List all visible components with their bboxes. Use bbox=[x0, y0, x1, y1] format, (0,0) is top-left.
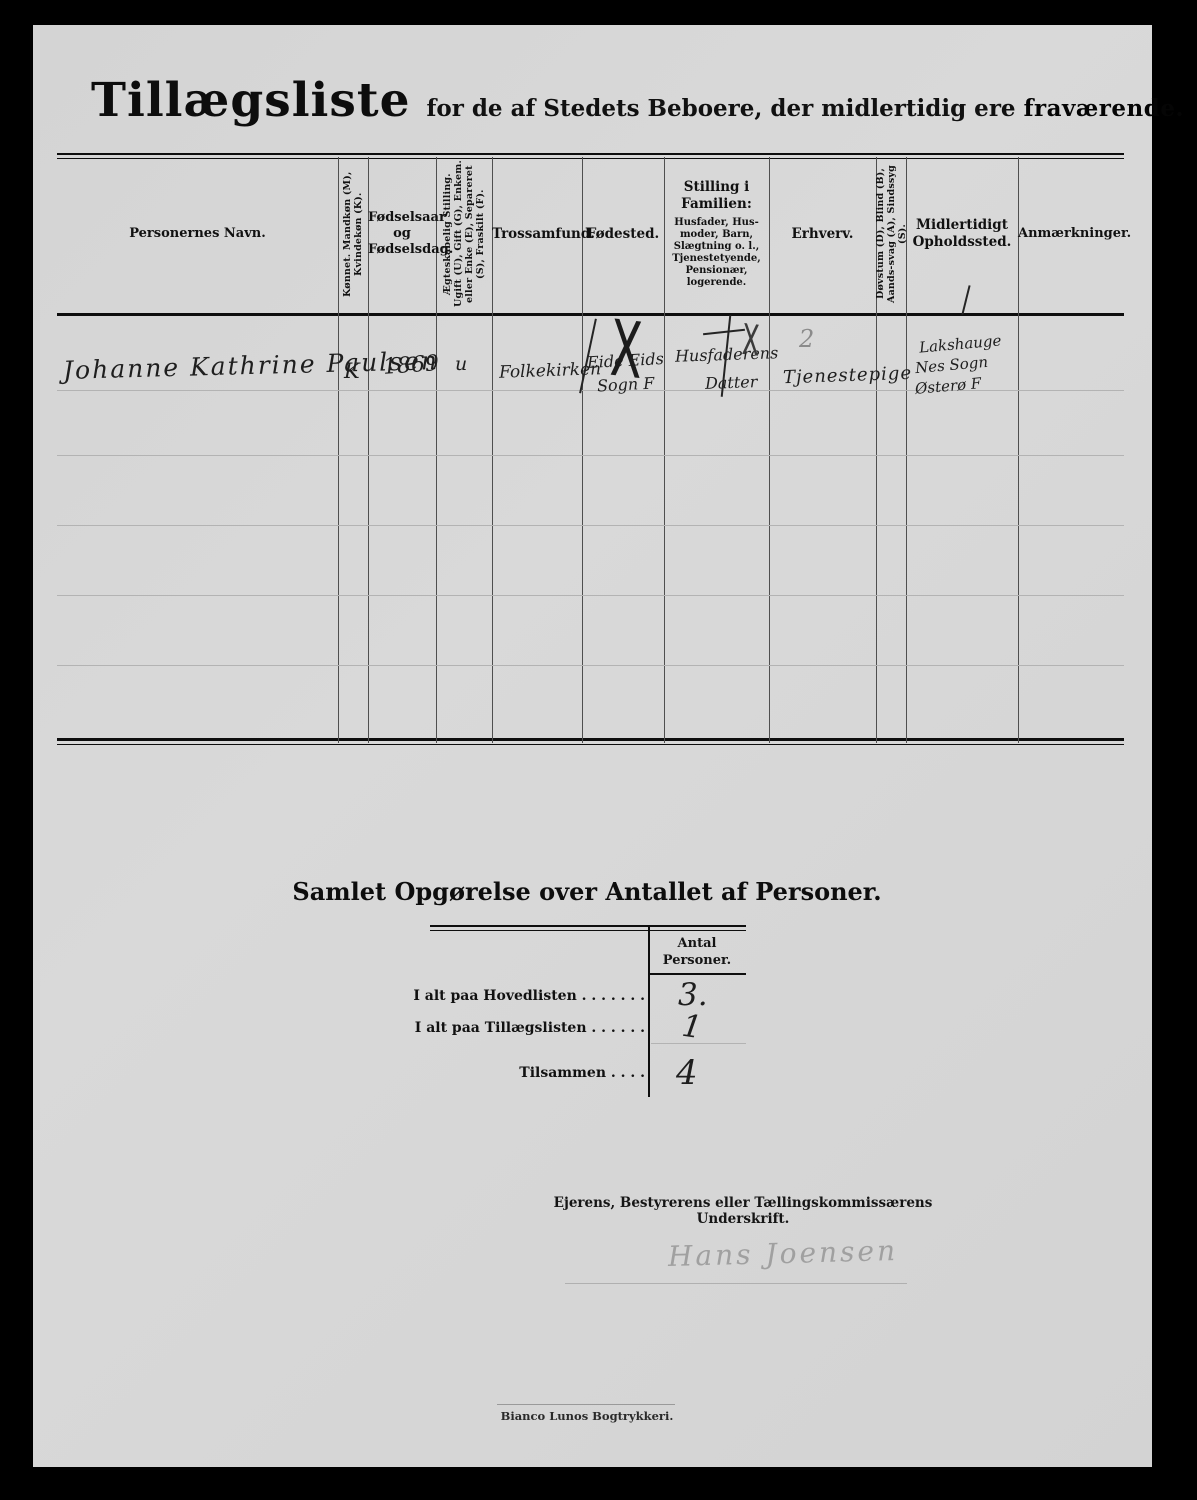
summary-row-label-tillaegslisten: I alt paa Tillægslisten . . . . . . bbox=[415, 1020, 645, 1036]
entry-occupation: Tjenestepige bbox=[783, 363, 913, 388]
summary-top-rule-1 bbox=[430, 925, 746, 927]
header-personernes-navn: Personernes Navn. bbox=[57, 155, 338, 313]
form-subtitle-emphasis: fraværende. bbox=[1024, 95, 1184, 122]
summary-value-hovedlisten: 3. bbox=[678, 977, 708, 1013]
form-title: Tillægsliste bbox=[91, 73, 410, 128]
entry-temporary-residence-line1: Lakshauge bbox=[918, 331, 1002, 356]
signature-label: Ejerens, Bestyrerens eller Tællingskommi… bbox=[513, 1195, 973, 1227]
summary-header-underline bbox=[650, 973, 746, 975]
signature-underline bbox=[565, 1283, 907, 1284]
header-bottom-rule bbox=[57, 313, 1124, 316]
header-dovstum: Døvstum (D), Blind (B), Aands-svag (A), … bbox=[876, 155, 906, 313]
pencil-annotation: 2 bbox=[799, 325, 814, 353]
row-line bbox=[57, 665, 1124, 666]
form-subtitle: for de af Stedets Beboere, der midlertid… bbox=[426, 95, 1015, 122]
paper-sheet: Tillægslistefor de af Stedets Beboere, d… bbox=[33, 25, 1152, 1467]
header-konnet: Kønnet. Mandkøn (M), Kvindekøn (K). bbox=[338, 155, 368, 313]
entry-family-position-line2: Datter bbox=[705, 372, 758, 393]
entry-sex: K bbox=[344, 359, 360, 383]
header-stilling-i-familien: Stilling i Familien: Husfader, Hus-moder… bbox=[664, 155, 769, 313]
summary-row-label-tilsammen: Tilsammen . . . . bbox=[519, 1065, 645, 1081]
table-bottom-rule-2 bbox=[57, 744, 1124, 745]
cross-out-mark: X bbox=[608, 302, 644, 397]
printer-divider bbox=[497, 1404, 675, 1405]
header-midlertidigt-opholdssted: Midlertidigt Opholdssted. bbox=[906, 155, 1018, 313]
pen-stroke bbox=[703, 329, 745, 335]
summary-value-tilsammen: 4 bbox=[676, 1053, 698, 1093]
header-erhverv: Erhverv. bbox=[769, 155, 876, 313]
summary-value-tillaegslisten: 1 bbox=[680, 1008, 705, 1046]
census-table: Personernes Navn. Kønnet. Mandkøn (M), K… bbox=[57, 153, 1124, 745]
signature-handwritten: Hans Joensen bbox=[633, 1233, 934, 1274]
summary-title: Samlet Opgørelse over Antallet af Person… bbox=[287, 877, 887, 906]
small-cross-mark: X bbox=[741, 315, 761, 367]
header-stilling-sub: Husfader, Hus-moder, Barn, Slægtning o. … bbox=[664, 217, 769, 289]
entry-marital-status: u bbox=[455, 353, 467, 375]
printer-imprint: Bianco Lunos Bogtrykkeri. bbox=[447, 1409, 727, 1423]
scanned-census-form: Tillægslistefor de af Stedets Beboere, d… bbox=[0, 0, 1197, 1500]
form-title-row: Tillægslistefor de af Stedets Beboere, d… bbox=[91, 73, 1111, 128]
summary-sum-line bbox=[651, 1043, 746, 1044]
header-anmaerkninger: Anmærkninger. bbox=[1018, 155, 1124, 313]
summary-top-rule-2 bbox=[430, 930, 746, 931]
summary-row-label-hovedlisten: I alt paa Hovedlisten . . . . . . . bbox=[413, 988, 645, 1004]
entry-temporary-residence-line3: Østerø F bbox=[914, 374, 982, 398]
header-fodested: Fødested. bbox=[582, 155, 664, 313]
entry-birth-year: 1869 bbox=[382, 351, 440, 380]
row-line bbox=[57, 525, 1124, 526]
summary-col-header: Antal Personer. bbox=[648, 935, 746, 969]
table-bottom-rule-1 bbox=[57, 738, 1124, 741]
header-aegteskabelig-stilling: Ægteskabelig Stilling. Ugift (U), Gift (… bbox=[436, 155, 492, 313]
summary-table: Antal Personer. I alt paa Hovedlisten . … bbox=[430, 925, 746, 1097]
row-line bbox=[57, 455, 1124, 456]
header-fodselsaar: Fødselsaar og Fødselsdag. bbox=[368, 155, 436, 313]
header-trossamfund: Trossamfund. bbox=[492, 155, 582, 313]
row-line bbox=[57, 595, 1124, 596]
summary-col-header-line1: Antal bbox=[648, 935, 746, 952]
summary-col-header-line2: Personer. bbox=[648, 952, 746, 969]
header-stilling-title: Stilling i Familien: bbox=[664, 179, 769, 213]
